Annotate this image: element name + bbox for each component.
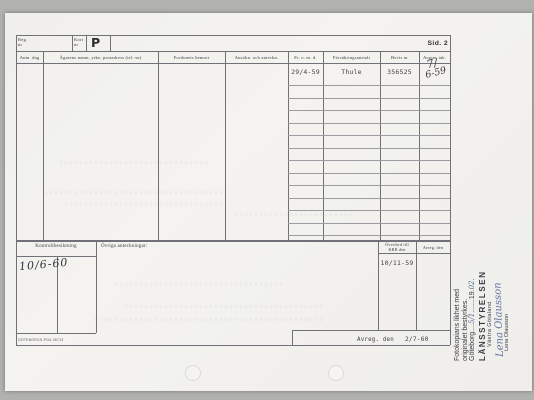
rule-line xyxy=(288,110,450,111)
kort-p-divider xyxy=(86,35,87,51)
overford-header: Överförd till KRR den xyxy=(378,242,416,252)
rule-line xyxy=(288,98,450,99)
rule-line xyxy=(288,223,450,224)
overford-value: 10/11-59 xyxy=(378,260,416,267)
col-header-fr-o-m-d: Fr. o. m. d. xyxy=(288,55,323,60)
bleed-through-artifact xyxy=(125,305,325,308)
form-left-border xyxy=(16,35,17,345)
print-code: GÖTEBORGS-PGA 36713 xyxy=(18,338,63,342)
col-header-agarens-namn: Ägarens namn, yrke, postadress (tel.-nr) xyxy=(43,55,158,60)
rule-line xyxy=(288,85,450,86)
certification-stamp: Fotokopians likhet med originalet bestyr… xyxy=(454,241,530,361)
rule-line xyxy=(288,198,450,199)
bleed-through-artifact xyxy=(95,318,325,321)
overford-header-line2: KRR den xyxy=(388,247,405,252)
kontroll-handwritten-date: 10/6-60 xyxy=(19,256,69,273)
stamp-year-prefix: 19. xyxy=(469,289,476,299)
stamp-hand-date: 5/1 xyxy=(468,313,476,324)
bleed-through-artifact xyxy=(45,191,230,194)
bleed-through-artifact xyxy=(235,213,355,216)
stamp-hand-year: 02. xyxy=(468,278,476,289)
overford-box-left-line xyxy=(378,240,379,330)
rule-line xyxy=(288,185,450,186)
col-header-bevis-nr: Bevis nr xyxy=(380,55,419,60)
avanm-handwritten-date: 7/ 6-59 xyxy=(419,56,447,80)
column-header-bottom-line xyxy=(16,63,450,64)
kort-sub-text: nr xyxy=(74,42,78,47)
avreg-col-header: Avreg. den xyxy=(416,245,450,250)
cell-certificate-no: 356525 xyxy=(380,69,419,76)
kontroll-header: Kontrollbesiktning xyxy=(16,244,96,249)
avreg-strip-line xyxy=(292,330,450,331)
stamp-city: Göteborg xyxy=(469,332,476,361)
col-header-fordonets-hemort: Fordonets hemort xyxy=(158,55,225,60)
rule-line xyxy=(288,160,450,161)
col3-divider xyxy=(225,51,226,240)
p-box-right-line xyxy=(110,35,111,51)
rule-line xyxy=(288,235,450,236)
col6-divider xyxy=(380,51,381,240)
avreg-value: 2/7-60 xyxy=(405,336,429,343)
col2-divider xyxy=(158,51,159,240)
reg-kort-divider xyxy=(72,35,73,51)
avanm-hand-bottom: 6-59 xyxy=(424,66,447,80)
bleed-through-artifact xyxy=(65,203,225,206)
col5-divider xyxy=(323,51,324,240)
bleed-through-artifact xyxy=(60,161,210,164)
rule-line xyxy=(288,135,450,136)
ovriga-header: Övriga anteckningar: xyxy=(101,244,147,249)
form-top-border xyxy=(16,35,450,36)
col7-divider xyxy=(419,51,420,240)
col4-divider xyxy=(288,51,289,240)
stamp-line2: originalet bestyrkes. xyxy=(462,241,470,361)
kort-nr-label: Kort nr xyxy=(74,37,83,47)
bleed-through-artifact xyxy=(115,283,285,286)
rule-line xyxy=(288,173,450,174)
reg-sub-text: nr xyxy=(18,42,22,47)
avreg-strip-left-line xyxy=(292,330,293,345)
stamp-authority: LÄNSSTYRELSEN xyxy=(478,241,487,361)
overford-header-line xyxy=(378,253,450,254)
col1-divider xyxy=(43,51,44,240)
rule-line xyxy=(288,148,450,149)
form-bottom-border xyxy=(16,345,450,346)
reg-nr-label: Reg. nr xyxy=(18,37,27,47)
punch-hole xyxy=(328,365,344,381)
header-row-line xyxy=(16,51,450,52)
kontroll-footer-line xyxy=(16,333,96,334)
cell-insurer: Thule xyxy=(323,69,380,76)
col-header-forsakringsanstalt: Försäkringsanstalt xyxy=(323,55,380,60)
stamp-dots1: .... xyxy=(469,324,476,332)
scanned-document-page: Reg. nr Kort nr P Sid. 2 Anm. dag Ägaren… xyxy=(0,0,534,400)
punch-hole xyxy=(185,365,201,381)
rule-line xyxy=(288,123,450,124)
paper-sheet: Reg. nr Kort nr P Sid. 2 Anm. dag Ägaren… xyxy=(5,13,532,391)
p-stamp: P xyxy=(91,35,100,50)
col-header-anm-dag: Anm. dag xyxy=(16,55,43,60)
stamp-date-line: Göteborg....5/1.......19.02. xyxy=(469,241,477,361)
rule-line xyxy=(288,210,450,211)
stamp-dots2: ....... xyxy=(469,299,476,313)
page-number: Sid. 2 xyxy=(410,40,448,47)
avreg-label: Avreg. den xyxy=(357,337,394,344)
form-right-border xyxy=(450,35,451,345)
cell-from-date: 29/4-59 xyxy=(288,69,323,76)
stamp-line1: Fotokopians likhet med xyxy=(454,241,462,361)
col-header-ansokn-anteckn: Ansökn. och anteckn. xyxy=(225,55,288,60)
overford-avreg-divider xyxy=(416,240,417,330)
